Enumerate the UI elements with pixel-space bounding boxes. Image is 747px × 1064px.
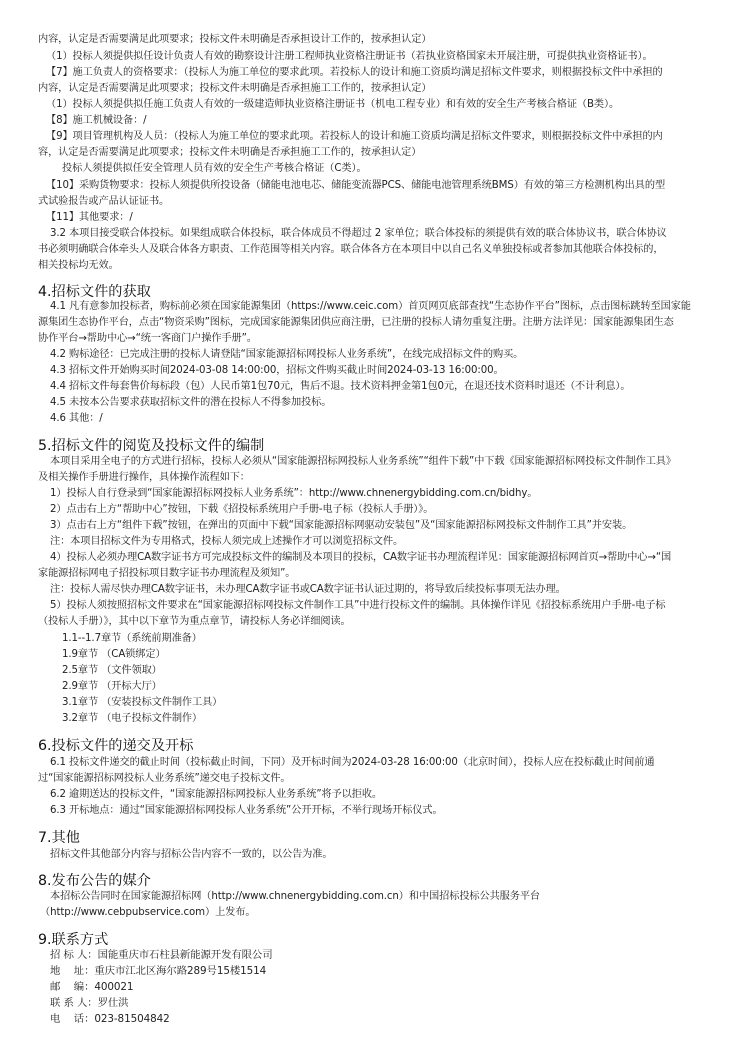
paragraph-line: 本项目采用全电子的方式进行招标，投标人必须从“国家能源招标网投标人业务系统”“组… bbox=[50, 455, 676, 469]
section-heading: 9.联系方式 bbox=[38, 931, 108, 949]
contact-row-address: 地 址：重庆市江北区海尔路289号15楼1514 bbox=[50, 964, 266, 978]
contact-label: 地 址： bbox=[50, 965, 94, 977]
contact-row-postcode: 邮 编：400021 bbox=[50, 980, 133, 994]
paragraph-line: （http://www.cebpubservice.com）上发布。 bbox=[40, 906, 255, 920]
contact-value: 重庆市江北区海尔路289号15楼1514 bbox=[94, 965, 266, 977]
paragraph-line: 注：本项目招标文件为专用格式，投标人须完成上述操作才可以浏览招标文件。 bbox=[50, 535, 403, 549]
paragraph-line: 本招标公告同时在国家能源招标网（http://www.chnenergybidd… bbox=[50, 890, 540, 904]
contact-value: 400021 bbox=[94, 981, 133, 993]
paragraph-line: 2）点击右上方“帮助中心”按钮，下载《招投标系统用户手册-电子标（投标人手册）》… bbox=[50, 503, 433, 517]
section-heading: 4.招标文件的获取 bbox=[38, 283, 151, 301]
paragraph-line: 投标人须提供拟任安全管理人员有效的安全生产考核合格证（C类）。 bbox=[62, 162, 367, 176]
chapter-item: 2.9章节 （开标大厅） bbox=[62, 680, 162, 694]
paragraph-line: 【8】施工机械设备：/ bbox=[46, 114, 147, 128]
paragraph-line: 相关投标均无效。 bbox=[38, 259, 119, 273]
contact-row-tenderer: 招 标 人：国能重庆市石柱县新能源开发有限公司 bbox=[50, 948, 273, 962]
contact-label: 电 话： bbox=[50, 1013, 94, 1025]
paragraph-line: 【10】采购货物要求：投标人须提供所投设备（储能电池电芯、储能变流器PCS、储能… bbox=[46, 179, 665, 193]
paragraph-line: 内容，认定是否需要满足此项要求；投标文件未明确是否承担施工工作的，按承担认定） bbox=[38, 82, 431, 96]
contact-value: 国能重庆市石柱县新能源开发有限公司 bbox=[98, 949, 273, 961]
paragraph-line: 6.1 投标文件递交的截止时间（投标截止时间，下同）及开标时间为2024-03-… bbox=[50, 756, 654, 770]
chapter-item: 1.9章节 （CA锁绑定） bbox=[62, 648, 166, 662]
paragraph-line: 招标文件其他部分内容与招标公告内容不一致的，以公告为准。 bbox=[50, 848, 332, 862]
paragraph-line: 及相关操作手册进行操作，具体操作流程如下： bbox=[38, 471, 250, 485]
paragraph-line: 4.5 未按本公告要求获取招标文件的潜在投标人不得参加投标。 bbox=[50, 396, 331, 410]
paragraph-line: 4.2 购标途径：已完成注册的投标人请登陆“国家能源招标网投标人业务系统”，在线… bbox=[50, 348, 523, 362]
chapter-item: 1.1--1.7章节（系统前期准备） bbox=[62, 632, 202, 646]
contact-row-person: 联 系 人：罗仕洪 bbox=[50, 996, 128, 1010]
contact-row-phone: 电 话：023-81504842 bbox=[50, 1012, 170, 1026]
section-heading: 6.投标文件的递交及开标 bbox=[38, 737, 193, 755]
paragraph-line: 容，认定是否需要满足此项要求；投标文件未明确是否承担施工工作的，按承担认定） bbox=[38, 146, 421, 160]
paragraph-line: 6.2 逾期送达的投标文件，“国家能源招标网投标人业务系统”将予以拒收。 bbox=[50, 788, 382, 802]
contact-label: 联 系 人： bbox=[50, 997, 98, 1009]
paragraph-line: 内容，认定是否需要满足此项要求；投标文件未明确是否承担设计工作的，按承担认定） bbox=[38, 33, 431, 47]
paragraph-line: 6.3 开标地点：通过“国家能源招标网投标人业务系统”公开开标，不举行现场开标仪… bbox=[50, 804, 443, 818]
paragraph-line: 4.3 招标文件开始购买时间2024-03-08 14:00:00，招标文件购买… bbox=[50, 364, 504, 378]
chapter-item: 3.1章节 （安装投标文件制作工具） bbox=[62, 696, 222, 710]
paragraph-line: 1）投标人自行登录到“国家能源招标网投标人业务系统”：http://www.ch… bbox=[50, 487, 537, 501]
paragraph-line: 3.2 本项目接受联合体投标。如果组成联合体投标，联合体成员不得超过 2 家单位… bbox=[50, 227, 667, 241]
paragraph-line: 家能源招标网电子招投标项目数字证书办理流程及须知”。 bbox=[38, 567, 295, 581]
paragraph-line: 4.1 凡有意参加投标者，购标前必须在国家能源集团（https://www.ce… bbox=[50, 300, 691, 314]
paragraph-line: 式试验报告或产品认证证书。 bbox=[38, 195, 169, 209]
contact-value: 罗仕洪 bbox=[98, 997, 129, 1009]
paragraph-line: 过“国家能源招标网投标人业务系统”递交电子投标文件。 bbox=[38, 772, 290, 786]
contact-label: 邮 编： bbox=[50, 981, 94, 993]
chapter-item: 2.5章节 （文件领取） bbox=[62, 664, 162, 678]
paragraph-line: 【7】施工负责人的资格要求：（投标人为施工单位的要求此项。若投标人的设计和施工资… bbox=[46, 66, 663, 80]
paragraph-line: 协作平台→帮助中心→“统一客商门户操作手册”。 bbox=[38, 332, 257, 346]
paragraph-line: 4）投标人必须办理CA数字证书方可完成投标文件的编制及本项目的投标，CA数字证书… bbox=[50, 551, 671, 565]
paragraph-line: 注：投标人需尽快办理CA数字证书，未办理CA数字证书或CA数字证书认证过期的，将… bbox=[50, 583, 566, 597]
section-heading: 5.招标文件的阅览及投标文件的编制 bbox=[38, 437, 264, 455]
paragraph-line: 4.4 招标文件每套售价每标段（包）人民币第1包70元，售后不退。技术资料押金第… bbox=[50, 380, 630, 394]
section-heading: 7.其他 bbox=[38, 829, 80, 847]
paragraph-line: 书必须明确联合体牵头人及联合体各方职责、工作范围等相关内容。联合体各方在本项目中… bbox=[38, 243, 663, 257]
paragraph-line: （1）投标人须提供拟任施工负责人有效的一级建造师执业资格注册证书（机电工程专业）… bbox=[46, 98, 619, 112]
document-page: 内容，认定是否需要满足此项要求；投标文件未明确是否承担设计工作的，按承担认定） … bbox=[0, 0, 747, 1064]
paragraph-line: 3）点击右上方“组件下载”按钮，在弹出的页面中下载“国家能源招标网驱动安装包”及… bbox=[50, 519, 632, 533]
paragraph-line: 【11】其他要求：/ bbox=[46, 211, 133, 225]
paragraph-line: （1）投标人须提供拟任设计负责人有效的勘察设计注册工程师执业资格注册证书（若执业… bbox=[46, 50, 653, 64]
paragraph-line: 5）投标人须按照招标文件要求在“国家能源招标网投标文件制作工具”中进行投标文件的… bbox=[50, 599, 665, 613]
paragraph-line: （投标人手册）》，其中以下章节为重点章节，请投标人务必详细阅读。 bbox=[38, 615, 351, 629]
paragraph-line: 源集团生态协作平台，点击“物资采购”图标，完成国家能源集团供应商注册，已注册的投… bbox=[38, 316, 674, 330]
section-heading: 8.发布公告的媒介 bbox=[38, 872, 151, 890]
paragraph-line: 【9】项目管理机构及人员：（投标人为施工单位的要求此项。若投标人的设计和施工资质… bbox=[46, 130, 663, 144]
chapter-item: 3.2章节 （电子投标文件制作） bbox=[62, 712, 202, 726]
contact-label: 招 标 人： bbox=[50, 949, 98, 961]
paragraph-line: 4.6 其他：/ bbox=[50, 412, 103, 426]
contact-value: 023-81504842 bbox=[94, 1013, 169, 1025]
